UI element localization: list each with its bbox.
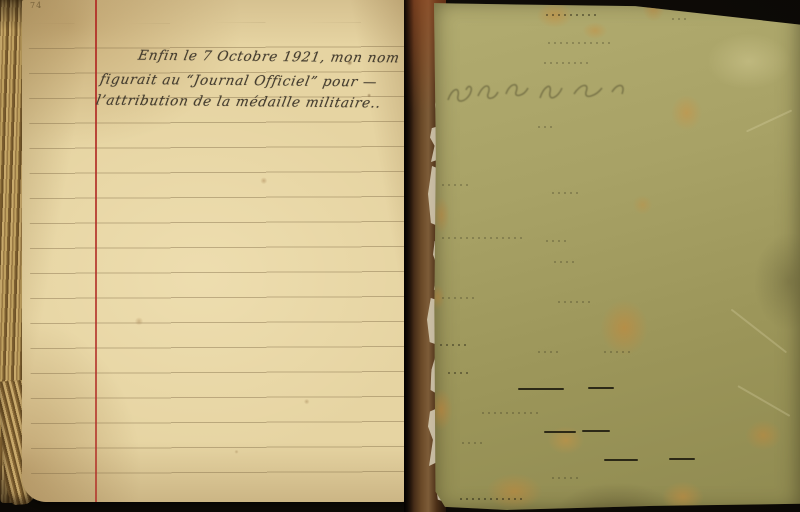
page-number: 74 [30,1,42,10]
ink-trace [604,351,634,353]
ink-trace [552,192,580,194]
ink-trace [672,18,688,20]
handwriting-line-2: figurait au “Journal Officiel” pour — [99,72,379,91]
ink-trace [538,351,560,353]
back-cover [434,0,800,512]
ink-trace [460,498,524,500]
ink-trace [462,442,484,444]
ink-line [604,459,638,461]
ink-trace [544,62,592,64]
ink-trace [448,372,472,374]
faded-handwriting-traces [444,72,636,114]
ink-trace [558,301,590,303]
left-page: 74 Enfin le 7 Octobre 1921, mon nom figu… [22,0,412,502]
ink-trace [554,261,574,263]
ink-line [669,458,695,460]
ink-trace [552,477,580,479]
ink-trace [442,184,468,186]
ink-trace [546,240,568,242]
ink-trace [482,412,540,414]
ink-trace [442,297,474,299]
ink-line [518,388,564,390]
ink-trace [442,237,526,239]
ink-line [582,430,610,432]
notebook-scan: 74 Enfin le 7 Octobre 1921, mon nom figu… [0,0,800,512]
ink-trace [538,126,554,128]
ink-trace [546,14,598,16]
gutter-shadow [404,0,414,512]
ink-line [588,387,614,389]
handwriting-line-3: l’attribution de la médaille militaire.. [95,93,383,112]
handwriting-line-1: Enfin le 7 Octobre 1921, mon nom [137,48,401,67]
ink-trace [548,42,612,44]
ink-line [544,431,576,433]
ink-trace [440,344,466,346]
